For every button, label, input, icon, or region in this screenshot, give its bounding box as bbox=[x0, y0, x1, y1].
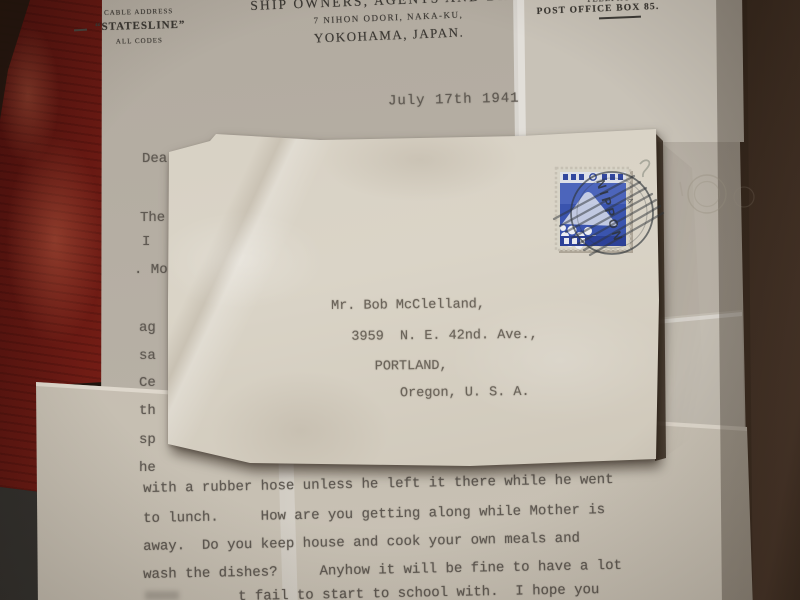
pencil-squiggle-mark bbox=[640, 160, 649, 177]
stamp-and-postmark-layer: NIPPON 4 bbox=[0, 0, 800, 600]
ghost-postmark-circles bbox=[680, 175, 754, 213]
photo-canvas: CABLE ADDRESS “STATESLINE” ALL CODES SHI… bbox=[0, 0, 800, 600]
